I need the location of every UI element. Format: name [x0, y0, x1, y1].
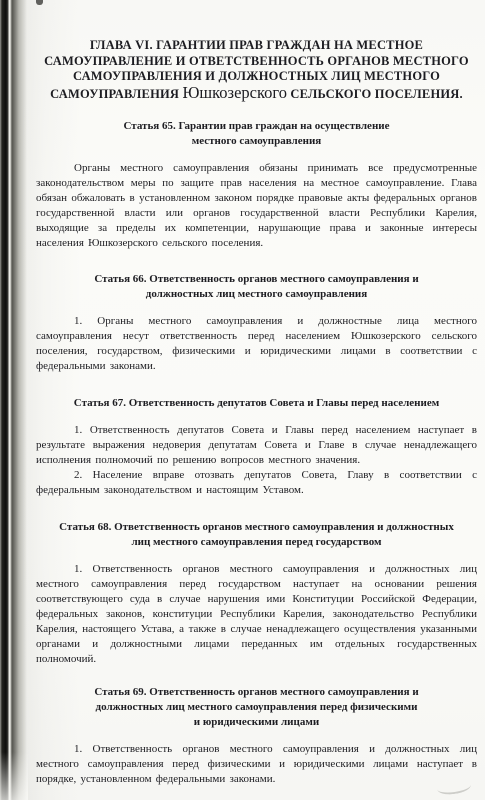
- chapter-title-settlement-name: Юшкозерского: [182, 83, 287, 102]
- article-66-heading: Статья 66. Ответственность органов местн…: [36, 272, 477, 302]
- article-67-body: 1. Ответственность депутатов Совета и Гл…: [36, 423, 477, 498]
- article-69-heading: Статья 69. Ответственность органов местн…: [36, 685, 477, 730]
- article-67: Статья 67. Ответственность депутатов Сов…: [36, 396, 477, 498]
- article-66: Статья 66. Ответственность органов местн…: [36, 272, 477, 374]
- article-69: Статья 69. Ответственность органов местн…: [36, 685, 477, 787]
- document-content: ГЛАВА VI. ГАРАНТИИ ПРАВ ГРАЖДАН НА МЕСТН…: [0, 0, 485, 787]
- scanned-document-page: ГЛАВА VI. ГАРАНТИИ ПРАВ ГРАЖДАН НА МЕСТН…: [0, 0, 485, 800]
- article-65-body: Органы местного самоуправления обязаны п…: [36, 161, 477, 251]
- article-65: Статья 65. Гарантии прав граждан на осущ…: [36, 119, 477, 251]
- article-66-body: 1. Органы местного самоуправления и долж…: [36, 314, 477, 374]
- article-68-body: 1. Ответственность органов местного само…: [36, 562, 477, 667]
- article-69-paragraph: 1. Ответственность органов местного само…: [36, 742, 477, 787]
- article-68-paragraph: 1. Ответственность органов местного само…: [36, 562, 477, 667]
- article-68: Статья 68. Ответственность органов местн…: [36, 520, 477, 667]
- article-68-heading: Статья 68. Ответственность органов местн…: [36, 520, 477, 550]
- article-67-paragraph-2: 2. Население вправе отозвать депутатов С…: [36, 468, 477, 498]
- chapter-title: ГЛАВА VI. ГАРАНТИИ ПРАВ ГРАЖДАН НА МЕСТН…: [36, 38, 477, 102]
- article-67-paragraph-1: 1. Ответственность депутатов Совета и Гл…: [36, 423, 477, 468]
- article-67-heading: Статья 67. Ответственность депутатов Сов…: [36, 396, 477, 411]
- chapter-title-bold-tail: СЕЛЬСКОГО ПОСЕЛЕНИЯ.: [290, 87, 463, 101]
- article-65-paragraph: Органы местного самоуправления обязаны п…: [36, 161, 477, 251]
- article-65-heading: Статья 65. Гарантии прав граждан на осущ…: [36, 119, 477, 149]
- article-66-paragraph: 1. Органы местного самоуправления и долж…: [36, 314, 477, 374]
- article-69-body: 1. Ответственность органов местного само…: [36, 742, 477, 787]
